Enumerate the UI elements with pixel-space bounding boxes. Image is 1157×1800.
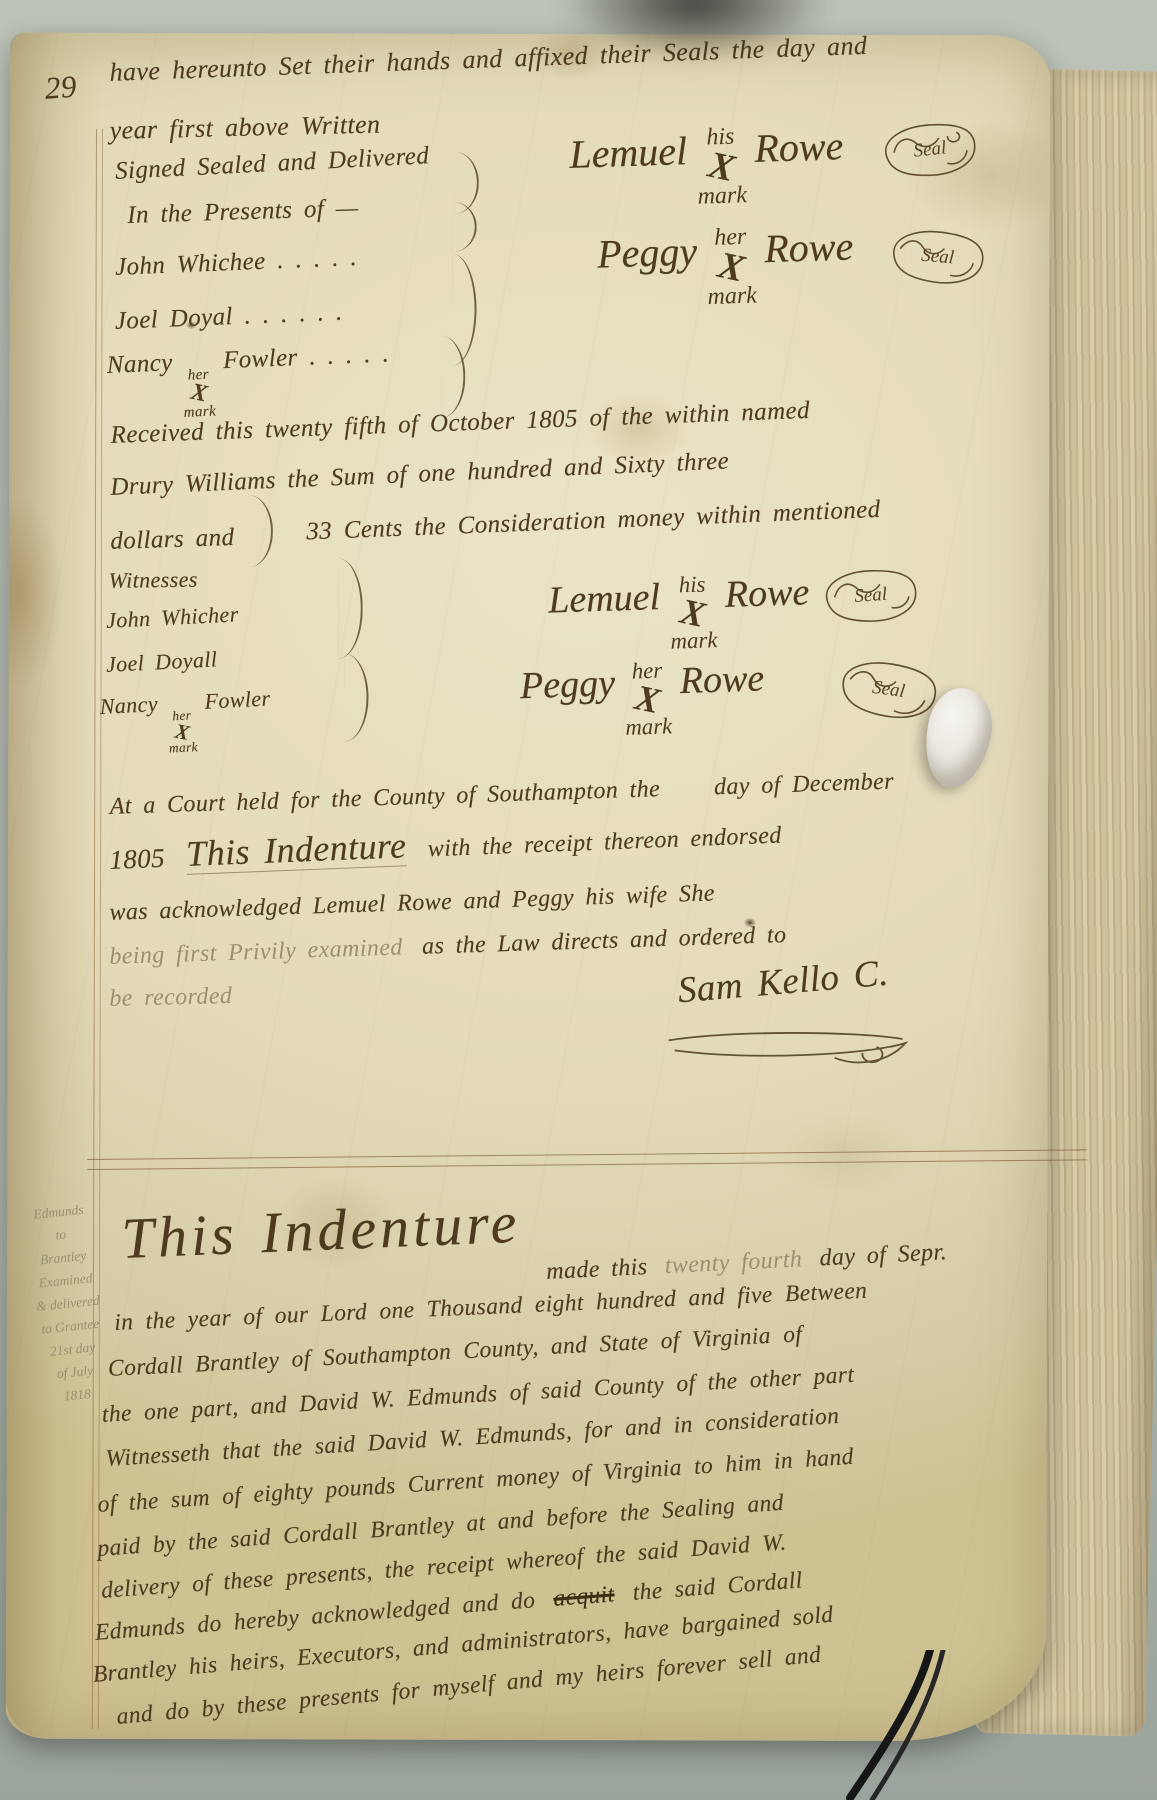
attestation-presence: In the Presents of — [127, 195, 359, 229]
scanned-deed-book-photo: 29 have hereunto Set their hands and aff… [0, 0, 1157, 1800]
signature-first-name: Peggy [596, 227, 697, 277]
day-of-month: day of Sepr. [819, 1239, 948, 1271]
cross-mark: X [678, 593, 709, 632]
signature-peggy-rowe: PeggyherXmarkRowe [596, 222, 855, 312]
acknowledgment-line-5: be recorded [109, 984, 232, 1012]
cross-mark: X [632, 680, 663, 719]
body-text: the said Cordall [632, 1567, 804, 1606]
blank-day-gap [660, 794, 714, 796]
signature-lemuel-rowe: LemuelhisXmarkRowe [569, 122, 845, 212]
page-number: 29 [44, 71, 78, 106]
signature-last-name: Rowe [679, 656, 765, 703]
margin-rule-lines [92, 129, 103, 1729]
witness-first-name: Nancy [106, 349, 173, 379]
camera-shadow [560, 0, 830, 60]
receipt-line-3a: dollars and [110, 525, 235, 555]
her-mark-cross: herXmark [182, 368, 217, 420]
his-mark-cross: hisXmark [668, 573, 717, 652]
witness-last-name: Fowler [204, 685, 271, 713]
seal-word: Seal [885, 221, 990, 294]
receipt-brace [344, 654, 368, 742]
acknowledgment-line-3: was acknowledged Lemuel Rowe and Peggy h… [109, 881, 715, 926]
ack-indenture-word: This Indenture [185, 825, 407, 875]
ack-line2-end: with the receipt thereon endorsed [427, 823, 782, 863]
attestation-witness-2: Joel Doyal . . . . . . [114, 300, 343, 336]
witness-last-name: Fowler . . . . . [223, 340, 390, 374]
receipt-witness-label: Witnesses [108, 568, 197, 592]
seal-word: Seal [877, 114, 983, 186]
signature-peggy-rowe: PeggyherXmarkRowe [519, 656, 766, 741]
bookmark-cord [780, 1650, 1020, 1800]
signature-last-name: Rowe [754, 122, 844, 172]
clerk-signature: Sam Kello C. [676, 955, 890, 1012]
her-mark-cross: herXmark [167, 709, 198, 755]
seal-stamp: Seal [832, 650, 944, 730]
ack-line1-end: day of December [714, 769, 895, 801]
cross-mark: X [189, 381, 209, 406]
acknowledgment-line-2: 1805 This Indenture with the receipt the… [109, 813, 783, 877]
signature-last-name: Rowe [764, 222, 854, 272]
signature-first-name: Lemuel [548, 575, 661, 623]
her-mark-cross: herXmark [623, 659, 672, 738]
receipt-line-3b: 33 Cents the Consideration money within … [306, 497, 881, 546]
signature-flourish [663, 1026, 913, 1076]
his-mark-cross: hisXmark [695, 125, 747, 208]
manuscript-page: 29 have hereunto Set their hands and aff… [6, 33, 1050, 1742]
ack-line1-text: At a Court held for the County of Southa… [109, 776, 660, 820]
flourish-loop [249, 495, 273, 567]
attestation-witness-3: NancyherXmarkFowler . . . . . [106, 341, 391, 423]
receipt-brace [339, 559, 363, 659]
cross-mark: X [705, 147, 737, 188]
her-mark-cross: herXmark [705, 226, 757, 309]
cross-mark: X [715, 247, 747, 288]
cord-icon [780, 1650, 1020, 1800]
page-gutter-shading [6, 33, 102, 1739]
seal-stamp: Seal [819, 562, 923, 631]
seal-stamp: Seal [885, 221, 990, 294]
section-separator-rule [87, 1159, 1087, 1170]
ack-line4-end: as the Law directs and ordered to [422, 922, 787, 960]
attestation-witness-1: John Whichee . . . . . [115, 245, 358, 281]
acknowledgment-line-4: being first Privily examined as the Law … [109, 923, 787, 970]
signature-last-name: Rowe [724, 570, 810, 617]
receipt-witness-1: John Whicher [106, 602, 240, 632]
witness-first-name: Nancy [99, 691, 158, 719]
receipt-line-2: Drury Williams the Sum of one hundred an… [110, 448, 730, 501]
ack-faint-pencil-text: being first Privily examined [109, 934, 403, 969]
flourish-icon [663, 1026, 913, 1071]
signature-first-name: Lemuel [569, 127, 688, 178]
receipt-witness-2: Joel Doyall [105, 647, 217, 676]
made-this: made this [546, 1254, 648, 1285]
date-words-faint: twenty fourth [664, 1246, 803, 1279]
attestation-signed-sealed: Signed Sealed and Delivered [115, 143, 430, 185]
signature-lemuel-rowe: LemuelhisXmarkRowe [548, 570, 812, 656]
closing-line-2: year first above Written [109, 111, 380, 145]
indenture-made-clause: made this twenty fourth day of Sepr. [546, 1240, 948, 1285]
seal-word: Seal [819, 562, 923, 631]
ack-year: 1805 [109, 843, 166, 875]
indenture-heading: This Indenture [120, 1193, 521, 1270]
seal-word: Seal [832, 650, 944, 730]
seal-stamp: Seal [877, 114, 983, 186]
attestation-brace [453, 202, 477, 252]
receipt-witness-3: NancyherXmarkFowler [99, 686, 273, 758]
section-separator-rule [87, 1149, 1087, 1160]
signature-first-name: Peggy [519, 661, 615, 708]
struck-out-word: acquit [553, 1581, 616, 1611]
